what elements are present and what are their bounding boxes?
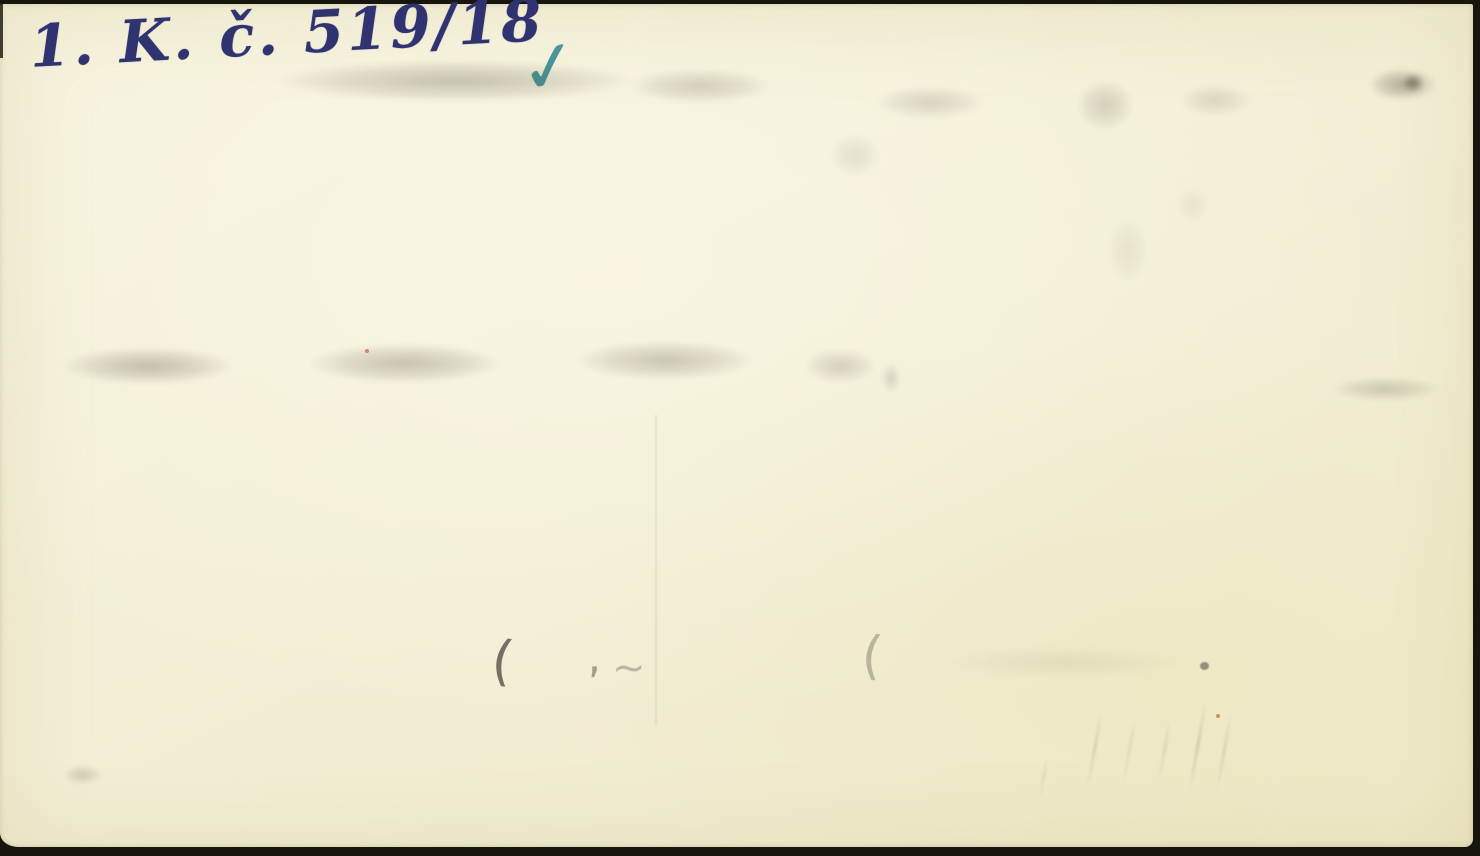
- erased-text-line-smudge: [270, 336, 540, 391]
- erased-text-line-smudge: [1310, 372, 1460, 406]
- index-card-paper: [0, 4, 1473, 847]
- erased-pencil-smudge: [1170, 180, 1215, 230]
- erased-text-line-smudge: [790, 342, 890, 390]
- erased-pencil-smudge: [820, 125, 890, 185]
- erased-pencil-smudge: [1100, 205, 1155, 295]
- faint-tilde-mark: ~: [612, 648, 646, 688]
- erased-pencil-smudge: [900, 640, 1230, 685]
- erased-pencil-smudge: [600, 62, 800, 110]
- erased-pencil-smudge: [1065, 70, 1145, 140]
- erased-text-line-smudge: [28, 340, 268, 392]
- erased-pencil-smudge: [1398, 70, 1428, 96]
- scanned-document: 1. K. č. 519/18 ✓ ( , ~ (: [0, 0, 1480, 856]
- scan-edge-shadow: [0, 0, 3, 58]
- paper-speck: [1216, 714, 1220, 718]
- erased-pencil-smudge: [55, 762, 110, 788]
- paper-crease: [655, 415, 657, 725]
- graphite-dot: [1200, 662, 1209, 670]
- erased-pencil-smudge: [1165, 78, 1265, 123]
- paper-speck: [365, 349, 369, 353]
- erased-text-line-smudge: [540, 333, 790, 388]
- erased-pencil-smudge: [855, 80, 1005, 125]
- erased-text-line-smudge: [878, 358, 904, 398]
